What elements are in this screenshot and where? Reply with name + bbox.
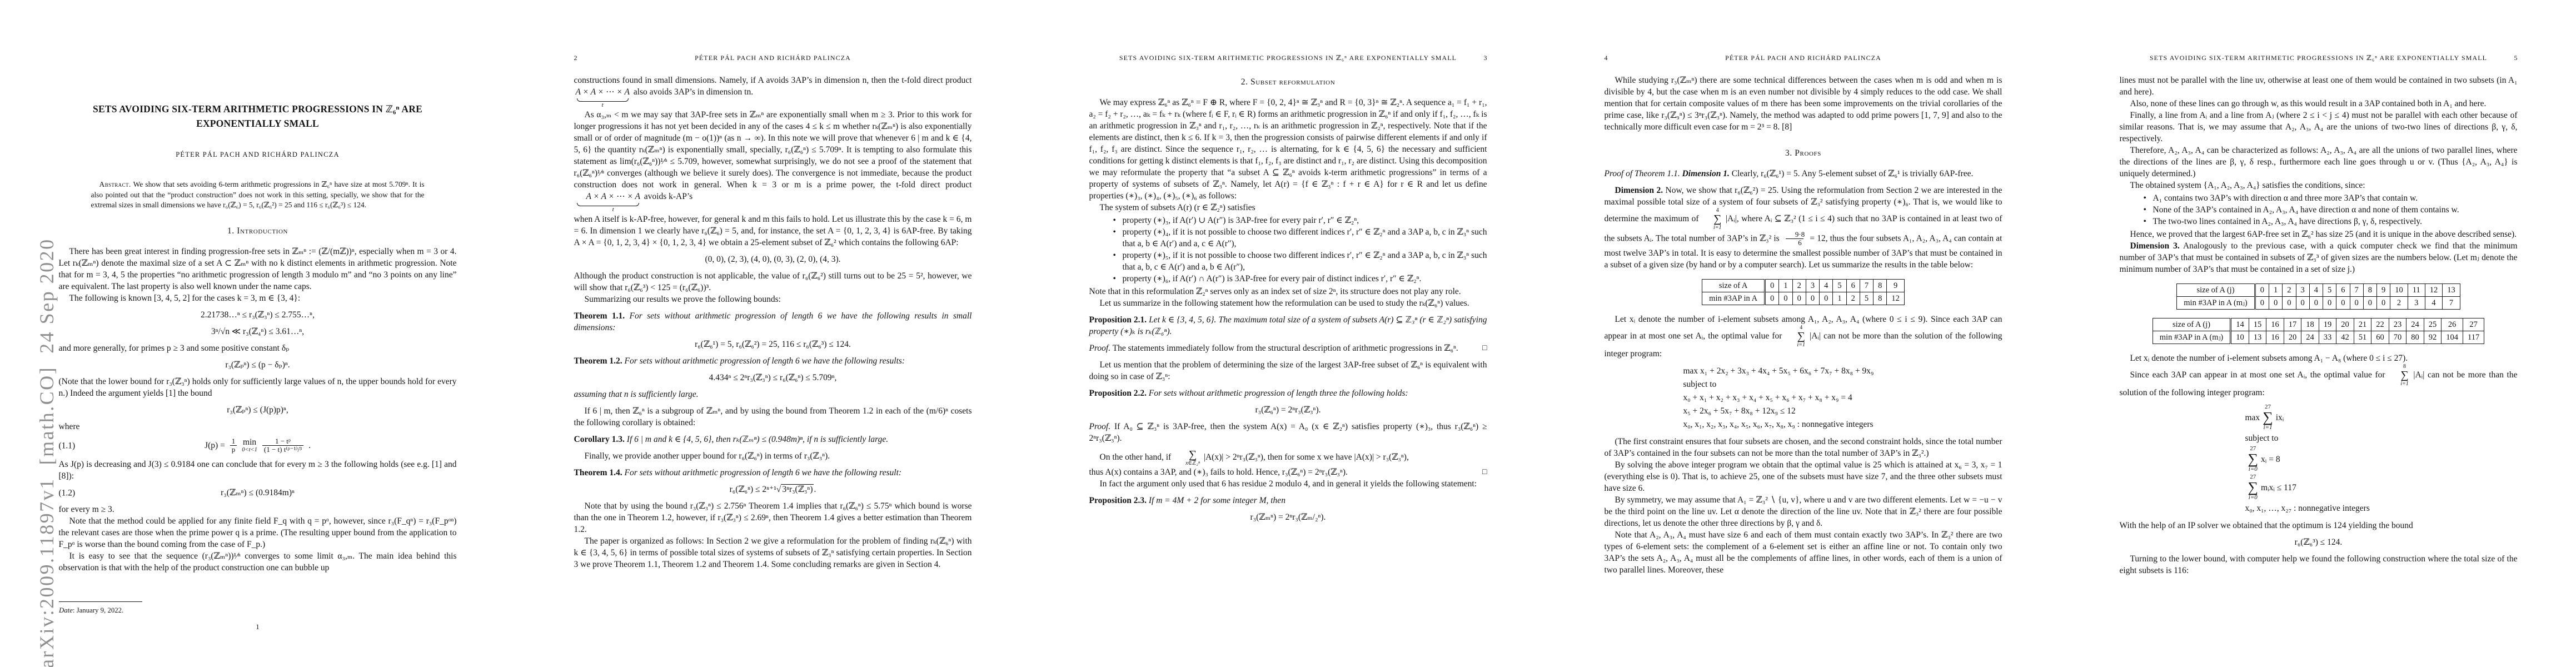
sum-lower-limit: i=1 [1787, 342, 1806, 348]
sum-symbol: 4∑i=1 [1703, 208, 1722, 231]
page-number: 3 [1484, 54, 1487, 62]
dimension-label: Dimension 3. [2130, 241, 2180, 251]
paragraph: As α₃,ₘ < m we may say that 3AP-free set… [574, 109, 972, 213]
table-cell: 7 [1860, 279, 1873, 292]
display-equation: r₃(ℤₚⁿ) ≤ (J(p)p)ⁿ, [59, 404, 457, 416]
theorem-label: Theorem 1.4. [574, 468, 622, 477]
proof-label: Proof. [1089, 344, 1111, 353]
table-cell: 7 [2350, 284, 2363, 297]
fraction-numerator: 1 − tᵖ [273, 437, 292, 445]
corollary-label: Corollary 1.3. [574, 435, 625, 444]
proposition-label: Proposition 2.2. [1089, 389, 1147, 398]
display-equation-1-1: (1.1) J(p) = 1p min0<t<1 1 − tᵖ(1 − t) t… [59, 437, 457, 454]
running-head: SETS AVOIDING SIX-TERM ARITHMETIC PROGRE… [2120, 54, 2518, 62]
proposition-body: If m = 4M + 2 for some integer M, then [1147, 496, 1285, 505]
table-cell: 2 [1792, 279, 1806, 292]
theorem-continuation: assuming that n is sufficiently large. [574, 389, 972, 400]
table-cell: 16 [2266, 318, 2284, 331]
paper-authors: PÉTER PÁL PACH AND RICHÁRD PALINCZA [59, 149, 457, 161]
paragraph: Turning to the lower bound, with compute… [2120, 553, 2518, 576]
table-cell: 20 [2284, 331, 2301, 344]
table-cell: 6 [2336, 284, 2350, 297]
proposition-2-3: Proposition 2.3. If m = 4M + 2 for some … [1089, 495, 1487, 506]
display-equation: 3ⁿ/√n ≪ r₃(ℤ₄ⁿ) ≤ 3.61…ⁿ, [59, 326, 457, 337]
equation-prefix: r₆(ℤ₆ⁿ) ≤ 2ⁿ⁺¹√ [730, 485, 781, 494]
table-cell: 13 [2443, 284, 2460, 297]
running-head: 4 PÉTER PÁL PACH AND RICHÁRD PALINCZA [1605, 54, 2002, 62]
table-row-label: min #3AP in A (mⱼ) [2177, 297, 2255, 310]
sum-symbol: 8∑i=1 [2390, 364, 2409, 387]
underbrace-product: A × A × ⋯ × At [576, 191, 640, 213]
table-cell: 3 [1806, 279, 1819, 292]
theorem-body: For sets without arithmetic progression … [574, 311, 972, 332]
equation-lhs: J(p) = [205, 440, 225, 451]
ip-constraint: x₀ + x₁ + x₂ + x₃ + x₄ + x₅ + x₆ + x₇ + … [1683, 392, 2002, 404]
paragraph-dimension-2: Dimension 2. Now, we show that r₆(ℤ₆²) =… [1605, 185, 2002, 271]
sigma-glyph: ∑ [2248, 480, 2259, 494]
paragraph: Let xᵢ denote the number of i-element su… [1605, 313, 2002, 360]
paper-title-line-2: EXPONENTIALLY SMALL [59, 116, 457, 131]
table-row: min #3AP in A (mⱼ)00000000002347 [2177, 297, 2460, 310]
paragraph: The paper is organized as follows: In Se… [574, 535, 972, 570]
bullet-item: property (∗)₆, if A(r′) ∩ A(r″) is 3AP-f… [1123, 273, 1487, 285]
paper-page-strip: arXiv:2009.11897v1 [math.CO] 24 Sep 2020… [0, 0, 2576, 667]
bullet-item: A₁ contains two 3AP’s with direction α a… [2153, 192, 2518, 204]
display-equation-1-2: (1.2) r₃(ℤₘⁿ) ≤ (0.9184m)ⁿ [59, 487, 457, 499]
table-cell: 10 [2390, 284, 2408, 297]
display-equation: r₃(ℤ₆ⁿ) = 2ⁿr₃(ℤ₃ⁿ). [1089, 404, 1487, 416]
fraction: 1p [230, 437, 237, 454]
table-cell: 0 [2336, 297, 2350, 310]
paragraph: □thus A(x) contains a 3AP, and (∗)₃ fail… [1089, 466, 1487, 478]
paragraph: for every m ≥ 3. [59, 504, 457, 515]
text-run: constructions found in small dimensions.… [574, 76, 972, 85]
table-cell: 5 [1860, 292, 1873, 305]
table-cell: 1 [2269, 284, 2283, 297]
paragraph: Let us summarize in the following statem… [1089, 297, 1487, 309]
page-2: 2 PÉTER PÁL PACH AND RICHÁRD PALINCZA co… [515, 0, 1030, 667]
table-cell: 70 [2389, 331, 2406, 344]
table-cell: 0 [2350, 297, 2363, 310]
section-heading-3: 3. Proofs [1605, 147, 2002, 159]
proof-label: Proof. [1089, 422, 1111, 431]
table-cell: 14 [2231, 318, 2249, 331]
ip-domain: x₀, x₁, x₂, x₃, x₄, x₅, x₆, x₇, x₈, x₉ :… [1683, 419, 2002, 430]
table-row-label: size of A (j) [2177, 284, 2255, 297]
table-cell: 0 [1806, 292, 1819, 305]
table-cell: 0 [2269, 297, 2283, 310]
ip-constraint: x₅ + 2x₆ + 5x₇ + 8x₈ + 12x₉ ≤ 12 [1683, 405, 2002, 417]
proposition-label: Proposition 2.1. [1089, 315, 1147, 325]
bullet-item: property (∗)₃, if A(r′) ∪ A(r″) is 3AP-f… [1123, 215, 1487, 226]
radicand: 3ⁿr₃(ℤ₃ⁿ) [781, 484, 814, 494]
display-equation: r₃(ℤₚⁿ) ≤ (p − δₚ)ⁿ. [59, 359, 457, 371]
bullet-list: property (∗)₃, if A(r′) ∪ A(r″) is 3AP-f… [1089, 215, 1487, 285]
text-run: xᵢ = 8 [2261, 454, 2280, 465]
page-number: 4 [1605, 54, 1608, 62]
paragraph: Note that in this reformulation ℤ₂ⁿ serv… [1089, 286, 1487, 297]
table-cell: 51 [2354, 331, 2371, 344]
paragraph: (The first constraint ensures that four … [1605, 436, 2002, 459]
running-head-title: SETS AVOIDING SIX-TERM ARITHMETIC PROGRE… [1119, 54, 1457, 62]
table-cell: 0 [2283, 297, 2296, 310]
paragraph: Let xᵢ denote the number of i-element su… [2120, 352, 2518, 364]
sum-symbol: 27∑i=0 [2248, 474, 2259, 501]
table-cell: 12 [1887, 292, 1905, 305]
corollary-body: If 6 | m and k ∈ {4, 5, 6}, then rₖ(ℤₘⁿ)… [625, 435, 888, 444]
fraction-denominator: p [230, 445, 237, 454]
table-cell: 42 [2336, 331, 2354, 344]
paragraph: By symmetry, we may assume that A₁ = ℤ₃²… [1605, 494, 2002, 529]
page-1: arXiv:2009.11897v1 [math.CO] 24 Sep 2020… [0, 0, 515, 667]
table-cell: 15 [2249, 318, 2266, 331]
page-4: 4 PÉTER PÁL PACH AND RICHÁRD PALINCZA Wh… [1546, 0, 2061, 667]
bullet-item: property (∗)₄, if it is not possible to … [1123, 226, 1487, 250]
table-cell: 8 [2363, 284, 2376, 297]
bullet-item: The two-two lines contained in A₂, A₃, A… [2153, 216, 2518, 227]
paragraph: (Note that the lower bound for r₃(ℤ₃ⁿ) h… [59, 376, 457, 399]
ip-constraint: 27∑i=0xᵢ = 8 [2245, 446, 2518, 472]
fraction-numerator: 1 [230, 437, 237, 445]
min-limit: 0<t<1 [242, 447, 257, 454]
ip-subject-to: subject to [2245, 432, 2518, 444]
paragraph: By solving the above integer program we … [1605, 459, 2002, 494]
theorem-label: Theorem 1.2. [574, 356, 622, 366]
table-cell: 0 [2255, 284, 2269, 297]
theorem-label: Theorem 1.1. [574, 311, 625, 321]
footnote-rule [59, 601, 142, 602]
page-number-bottom: 1 [0, 623, 515, 631]
theorem-1-1: Theorem 1.1. For sets without arithmetic… [574, 310, 972, 333]
running-head: 2 PÉTER PÁL PACH AND RICHÁRD PALINCZA [574, 54, 972, 62]
sum-lower-limit: i=1 [2390, 381, 2409, 387]
sum-lower-limit: i=0 [2249, 495, 2258, 501]
sum-lower-limit: x∈ℤ₂ⁿ [1175, 461, 1200, 466]
integer-program: max x₁ + 2x₂ + 3x₃ + 4x₄ + 5x₅ + 6x₆ + 7… [1683, 365, 2002, 430]
qed-symbol: □ [1482, 342, 1487, 354]
table-cell: 9 [1887, 279, 1905, 292]
text-run: On the other hand, if [1100, 452, 1174, 462]
abstract: Abstract. We show that sets avoiding 6-t… [91, 180, 425, 211]
dimension-label: Dimension 2. [1615, 186, 1663, 195]
table-row-label: min #3AP in A [1702, 292, 1765, 305]
abstract-text: We show that sets avoiding 6-term arithm… [91, 180, 425, 209]
text-run: Clearly, r₆(ℤ₆¹) = 5. Any 5-element subs… [1730, 169, 1974, 178]
paragraph: Note that the method could be applied fo… [59, 515, 457, 550]
integer-program: max27∑i=1ixᵢ subject to 27∑i=0xᵢ = 8 27∑… [2245, 404, 2518, 514]
table-cell: 0 [2255, 297, 2269, 310]
running-head-title: SETS AVOIDING SIX-TERM ARITHMETIC PROGRE… [2150, 54, 2487, 62]
min-3ap-table-dim3-low: size of A (j)012345678910111213min #3AP … [2176, 283, 2460, 310]
table-cell: 9 [2377, 284, 2390, 297]
table-cell: 7 [2443, 297, 2460, 310]
table-cell: 2 [2283, 284, 2296, 297]
paragraph: The following is known [3, 4, 5, 2] for … [59, 292, 457, 304]
abstract-label: Abstract. [99, 180, 131, 188]
ip-domain: x₀, x₁, …, x₂₇ : nonnegative integers [2245, 502, 2518, 514]
text-run: As α₃,ₘ < m we may say that 3AP-free set… [574, 110, 972, 190]
section-heading-2: 2. Subset reformulation [1089, 76, 1487, 88]
paper-title: SETS AVOIDING SIX-TERM ARITHMETIC PROGRE… [59, 102, 457, 131]
corollary-1-3: Corollary 1.3. If 6 | m and k ∈ {4, 5, 6… [574, 434, 972, 445]
equation-body: r₃(ℤₘⁿ) ≤ (0.9184m)ⁿ [221, 488, 295, 497]
table-cell: 104 [2442, 331, 2463, 344]
sigma-glyph: ∑ [2390, 370, 2408, 381]
proof-of-theorem-1-1: Proof of Theorem 1.1. Dimension 1. Clear… [1605, 168, 2002, 180]
sigma-glyph: ∑ [2248, 452, 2259, 466]
table-cell: 22 [2371, 318, 2389, 331]
footnote: Date: January 9, 2022. [59, 601, 457, 615]
page-number: 5 [2514, 54, 2518, 62]
running-head-title: PÉTER PÁL PACH AND RICHÁRD PALINCZA [695, 54, 851, 62]
ip-objective: max27∑i=1ixᵢ [2245, 404, 2518, 431]
table-cell: 8 [1874, 292, 1887, 305]
theorem-body: assuming that n is sufficiently large. [574, 390, 699, 399]
page-3: SETS AVOIDING SIX-TERM ARITHMETIC PROGRE… [1030, 0, 1546, 667]
paragraph: Also, none of these lines can go through… [2120, 98, 2518, 109]
table-cell: 0 [1765, 292, 1779, 305]
sigma-glyph: ∑ [1787, 331, 1805, 342]
paragraph: constructions found in small dimensions.… [574, 74, 972, 109]
table-cell: 2 [1846, 292, 1860, 305]
table-cell: 23 [2389, 318, 2406, 331]
table-cell: 0 [1820, 292, 1833, 305]
arxiv-watermark: arXiv:2009.11897v1 [math.CO] 24 Sep 2020 [35, 238, 58, 667]
theorem-1-4: Theorem 1.4. For sets without arithmetic… [574, 467, 972, 479]
paragraph: We may express ℤ₆ⁿ as ℤ₆ⁿ = F ⊕ R, where… [1089, 97, 1487, 202]
table-cell: 16 [2266, 331, 2284, 344]
paragraph: The system of subsets A(r) (r ∈ ℤ₂ⁿ) sat… [1089, 202, 1487, 213]
fraction-denominator: (1 − t) t⁽ᵖ⁻¹⁾/³ [262, 445, 303, 454]
date-value: : January 9, 2022. [73, 606, 123, 614]
theorem-body: For sets without arithmetic progression … [622, 356, 905, 366]
text-run: Since each 3AP can appear in at most one… [2130, 370, 2389, 380]
page-5: SETS AVOIDING SIX-TERM ARITHMETIC PROGRE… [2061, 0, 2576, 667]
page-5-content: SETS AVOIDING SIX-TERM ARITHMETIC PROGRE… [2120, 54, 2518, 576]
display-equation: r₆(ℤ₆³) ≤ 124. [2120, 536, 2518, 548]
table-cell: 0 [2363, 297, 2376, 310]
table-row-label: min #3AP in A (mⱼ) [2153, 331, 2230, 344]
sigma-glyph: ∑ [1703, 213, 1721, 225]
paragraph: If 6 | m, then ℤ₆ⁿ is a subgroup of ℤₘⁿ,… [574, 405, 972, 429]
proof: Proof. If A₀ ⊆ ℤ₃ⁿ is 3AP-free, then the… [1089, 421, 1487, 444]
proposition-label: Proposition 2.3. [1089, 496, 1147, 505]
table-cell: 0 [2377, 297, 2390, 310]
table-cell: 92 [2424, 331, 2442, 344]
table-cell: 25 [2424, 318, 2442, 331]
table-cell: 3 [2408, 297, 2425, 310]
display-equation: r₆(ℤ₆¹) = 5, r₆(ℤ₆²) = 25, 116 ≤ r₆(ℤ₆³)… [574, 339, 972, 350]
underbrace-label: t [602, 102, 604, 109]
paragraph: On the other hand, if ∑x∈ℤ₂ⁿ |A(x)| > 2ⁿ… [1089, 449, 1487, 466]
table-cell: 0 [1779, 292, 1792, 305]
text-run: thus A(x) contains a 3AP, and (∗)₃ fails… [1089, 467, 1348, 477]
table-cell: 21 [2354, 318, 2371, 331]
dimension-label: Dimension 1. [1680, 169, 1730, 178]
table-cell: 33 [2319, 331, 2336, 344]
table-cell: 117 [2463, 331, 2484, 344]
paragraph: In fact the argument only used that 6 ha… [1089, 478, 1487, 490]
table-cell: 3 [2296, 284, 2309, 297]
min-label: min [243, 438, 256, 447]
bullet-item: property (∗)₅, if it is not possible to … [1123, 250, 1487, 273]
min-3ap-table-dim3-high: size of A (j)141516171819202122232425262… [2153, 318, 2484, 344]
sum-lower-limit: i=0 [2249, 466, 2258, 472]
fraction: 9·86 [1783, 231, 1806, 247]
product-expression: A × A × ⋯ × A [576, 191, 640, 202]
proposition-2-1: Proposition 2.1. Let k ∈ {3, 4, 5, 6}. T… [1089, 314, 1487, 337]
table-cell: 17 [2284, 318, 2301, 331]
theorem-body: For sets without arithmetic progression … [622, 468, 901, 477]
table-cell: 6 [1846, 279, 1860, 292]
table-row: min #3AP in A (mⱼ)1013162024334251607080… [2153, 331, 2484, 344]
table-cell: 1 [1779, 279, 1792, 292]
table-cell: 60 [2371, 331, 2389, 344]
equation-end: . [814, 485, 816, 494]
text-run: Analogously to the previous case, with a… [2120, 241, 2518, 274]
paragraph: Finally, we provide another upper bound … [574, 450, 972, 462]
paragraph-dimension-3: Dimension 3. Analogously to the previous… [2120, 240, 2518, 275]
page-2-content: 2 PÉTER PÁL PACH AND RICHÁRD PALINCZA co… [574, 54, 972, 570]
table-cell: 4 [1820, 279, 1833, 292]
proof-label: Proof of Theorem 1.1. [1605, 169, 1680, 178]
paragraph: Although the product construction is not… [574, 270, 972, 293]
paragraph: As J(p) is decreasing and J(3) ≤ 0.9184 … [59, 459, 457, 482]
table-cell: 0 [1792, 292, 1806, 305]
table-row-label: size of A (j) [2153, 318, 2230, 331]
text-run: |A(x)| > 2ⁿr₃(ℤ₃ⁿ), then for some x we h… [1202, 452, 1409, 462]
sigma-glyph: ∑ [1178, 449, 1197, 460]
display-equation: 2.21738…ⁿ ≤ r₃(ℤ₃ⁿ) ≤ 2.755…ⁿ, [59, 309, 457, 321]
bullet-list: A₁ contains two 3AP’s with direction α a… [2120, 192, 2518, 227]
equation-number: (1.2) [59, 487, 76, 499]
page-1-content: SETS AVOIDING SIX-TERM ARITHMETIC PROGRE… [59, 102, 457, 574]
table-cell: 11 [2408, 284, 2425, 297]
ip-constraint: 27∑i=0mᵢxᵢ ≤ 117 [2245, 474, 2518, 501]
underbrace-label: t [602, 206, 614, 213]
table-cell: 80 [2406, 331, 2424, 344]
ip-subject-to: subject to [1683, 379, 2002, 390]
table-cell: 2 [2390, 297, 2408, 310]
sum-lower-limit: i=1 [2263, 425, 2272, 431]
fraction-numerator: 9·8 [1783, 231, 1806, 238]
page-4-content: 4 PÉTER PÁL PACH AND RICHÁRD PALINCZA Wh… [1605, 54, 2002, 576]
table-cell: 4 [2309, 284, 2323, 297]
table-cell: 5 [2323, 284, 2336, 297]
section-heading-1: 1. Introduction [59, 225, 457, 237]
theorem-1-2: Theorem 1.2. For sets without arithmetic… [574, 355, 972, 367]
paragraph: With the help of an IP solver we obtaine… [2120, 520, 2518, 531]
paragraph: and more generally, for primes p ≥ 3 and… [59, 342, 457, 354]
table-row: size of A (j)012345678910111213 [2177, 284, 2460, 297]
table-cell: 4 [2425, 297, 2443, 310]
table-row-label: size of A [1702, 279, 1765, 292]
equation-number: (1.1) [59, 440, 76, 451]
sum-symbol: 27∑i=1 [2263, 404, 2273, 431]
table-cell: 5 [1833, 279, 1846, 292]
product-expression: A × A × ⋯ × A [576, 86, 630, 98]
paragraph: Finally, a line from Aᵢ and a line from … [2120, 109, 2518, 145]
proof-body: If A₀ ⊆ ℤ₃ⁿ is 3AP-free, then the system… [1089, 422, 1487, 443]
proof: □Proof. The statements immediately follo… [1089, 342, 1487, 354]
proof-body: The statements immediately follow from t… [1110, 344, 1458, 353]
paragraph: There has been great interest in finding… [59, 246, 457, 292]
table-cell: 19 [2319, 318, 2336, 331]
table-cell: 0 [1765, 279, 1779, 292]
display-equation: 4.434ⁿ ≤ 2ⁿr₃(ℤ₃ⁿ) ≤ r₆(ℤ₆ⁿ) ≤ 5.709ⁿ, [574, 372, 972, 384]
text-run: also avoids 3AP’s in dimension tn. [631, 87, 753, 97]
table-cell: 26 [2442, 318, 2463, 331]
bullet-item: None of the 3AP’s contained in A₂, A₃, A… [2153, 204, 2518, 216]
min-3ap-table-dim2: size of A0123456789min #3AP in A00000125… [1702, 279, 1905, 305]
table-row: min #3AP in A00000125812 [1702, 292, 1905, 305]
sum-symbol: 27∑i=0 [2248, 446, 2259, 472]
paragraph: Since each 3AP can appear in at most one… [2120, 364, 2518, 399]
running-head: SETS AVOIDING SIX-TERM ARITHMETIC PROGRE… [1089, 54, 1487, 62]
paper-title-line-1: SETS AVOIDING SIX-TERM ARITHMETIC PROGRE… [59, 102, 457, 116]
display-equation: (0, 0), (2, 3), (4, 0), (0, 3), (2, 0), … [574, 253, 972, 265]
proposition-body: Let k ∈ {3, 4, 5, 6}. The maximum total … [1089, 315, 1487, 336]
fraction-denominator: 6 [1786, 238, 1803, 247]
page-number: 2 [574, 54, 577, 62]
table-cell: 24 [2406, 318, 2424, 331]
sum-lower-limit: i=1 [1703, 225, 1722, 231]
proposition-body: For sets without arithmetic progression … [1147, 389, 1408, 398]
table-cell: 20 [2336, 318, 2354, 331]
paragraph: The obtained system {A₁, A₂, A₃, A₄} sat… [2120, 180, 2518, 191]
underbrace-product: A × A × ⋯ × At [576, 86, 630, 109]
fraction: 1 − tᵖ(1 − t) t⁽ᵖ⁻¹⁾/³ [262, 437, 303, 454]
paragraph: where [59, 421, 457, 432]
table-cell: 27 [2463, 318, 2484, 331]
table-cell: 1 [1833, 292, 1846, 305]
paragraph: It is easy to see that the sequence (r₃(… [59, 550, 457, 574]
table-cell: 12 [2425, 284, 2443, 297]
paragraph: Note that by using the bound r₃(ℤ₃ⁿ) ≤ 2… [574, 500, 972, 535]
sum-symbol: 4∑i=1 [1787, 325, 1806, 348]
qed-symbol: □ [1482, 466, 1487, 478]
paragraph: Summarizing our results we prove the fol… [574, 293, 972, 305]
proposition-2-2: Proposition 2.2. For sets without arithm… [1089, 387, 1487, 399]
table-cell: 24 [2301, 331, 2319, 344]
table-cell: 0 [2323, 297, 2336, 310]
equation-end: . [308, 440, 311, 451]
table-cell: 18 [2301, 318, 2319, 331]
date-label: Date [59, 606, 73, 614]
paragraph: Let us mention that the problem of deter… [1089, 359, 1487, 382]
table-cell: 10 [2231, 331, 2249, 344]
paragraph: Therefore, A₂, A₃, A₄ can be characteriz… [2120, 145, 2518, 180]
text-run: max [2245, 412, 2260, 424]
table-cell: 13 [2249, 331, 2266, 344]
display-equation: r₃(ℤₘⁿ) = 2ⁿr₃(ℤₘ/₂ⁿ). [1089, 511, 1487, 523]
page-3-content: SETS AVOIDING SIX-TERM ARITHMETIC PROGRE… [1089, 54, 1487, 523]
paragraph: when A itself is k-AP-free, however, for… [574, 213, 972, 248]
paragraph: While studying r₃(ℤₘⁿ) there are some te… [1605, 74, 2002, 133]
text-run: avoids k-AP’s [642, 192, 692, 201]
table-row: size of A (j)141516171819202122232425262… [2153, 318, 2484, 331]
table-row: size of A0123456789 [1702, 279, 1905, 292]
ip-objective: max x₁ + 2x₂ + 3x₃ + 4x₄ + 5x₅ + 6x₆ + 7… [1683, 365, 2002, 377]
min-operator: min0<t<1 [242, 438, 257, 453]
paragraph: Hence, we proved that the largest 6AP-fr… [2120, 228, 2518, 240]
text-run: mᵢxᵢ ≤ 117 [2261, 482, 2296, 494]
running-head-title: PÉTER PÁL PACH AND RICHÁRD PALINCZA [1725, 54, 1881, 62]
display-equation: r₆(ℤ₆ⁿ) ≤ 2ⁿ⁺¹√3ⁿr₃(ℤ₃ⁿ). [574, 484, 972, 495]
table-cell: 8 [1874, 279, 1887, 292]
text-run: ixᵢ [2276, 412, 2284, 424]
paragraph: Note that A₂, A₃, A₄ must have size 6 an… [1605, 529, 2002, 576]
